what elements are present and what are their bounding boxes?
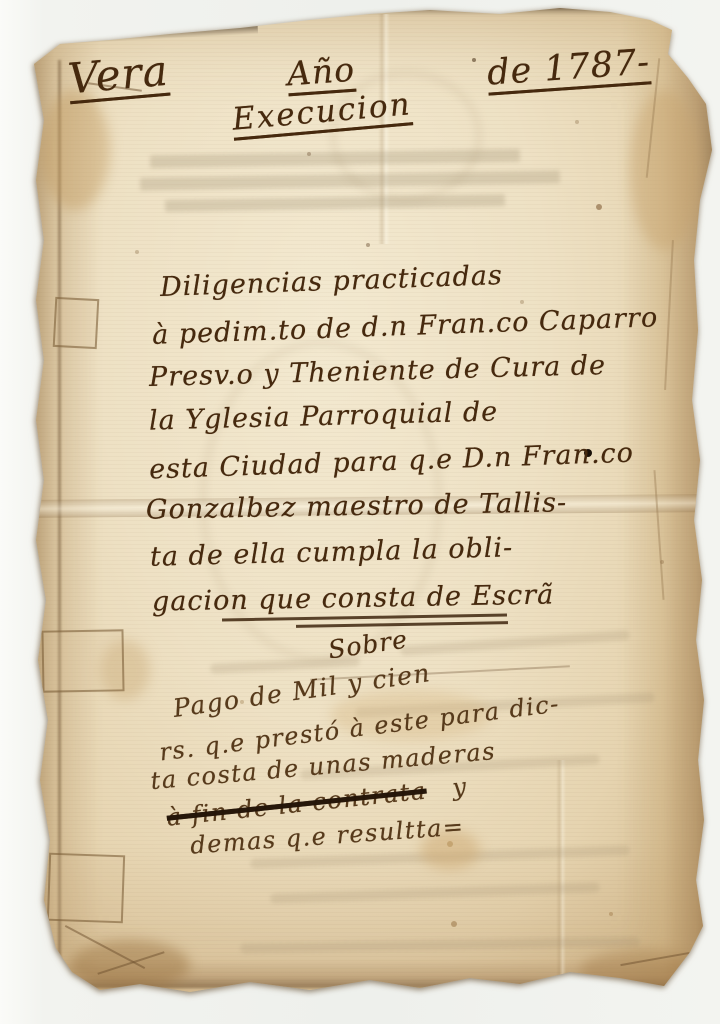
scan-background: Vera Año de 1787- Execucion Diligencias … — [0, 0, 720, 1024]
binding-stitch — [41, 629, 124, 692]
paper-shadow: Vera Año de 1787- Execucion Diligencias … — [0, 0, 720, 1024]
body-line: la Yglesia Parroquial de — [149, 396, 499, 436]
age-stain — [40, 90, 110, 210]
body-line: Gonzalbez maestro de Tallis- — [146, 487, 568, 525]
age-stain — [580, 950, 700, 990]
binding-stitch — [47, 853, 125, 924]
body-line: Presv.o y Theniente de Cura de — [149, 350, 607, 393]
age-stain — [70, 940, 190, 990]
struck-line-suffix: y — [451, 772, 469, 801]
bleedthrough-script-line — [400, 630, 630, 656]
manuscript-page: Vera Año de 1787- Execucion Diligencias … — [0, 0, 720, 1024]
bleedthrough-print-row — [165, 194, 505, 212]
body-line: à pedim.to de d.n Fran.co Caparro — [152, 302, 659, 351]
place-name: Vera — [66, 46, 170, 104]
age-stain — [630, 90, 700, 250]
body-line: gacion que consta de Escrã — [152, 579, 555, 617]
torn-top-edge — [30, 6, 680, 16]
vertical-crease-bottom — [556, 760, 566, 990]
ink-specks — [0, 0, 4, 4]
bleedthrough-script-line — [270, 882, 600, 904]
binding-stitch — [53, 297, 100, 349]
year-label: Año — [286, 50, 357, 94]
body-line: Diligencias practicadas — [160, 260, 504, 303]
bleedthrough-script-line — [240, 937, 640, 954]
torn-top-edge-left — [28, 26, 258, 46]
